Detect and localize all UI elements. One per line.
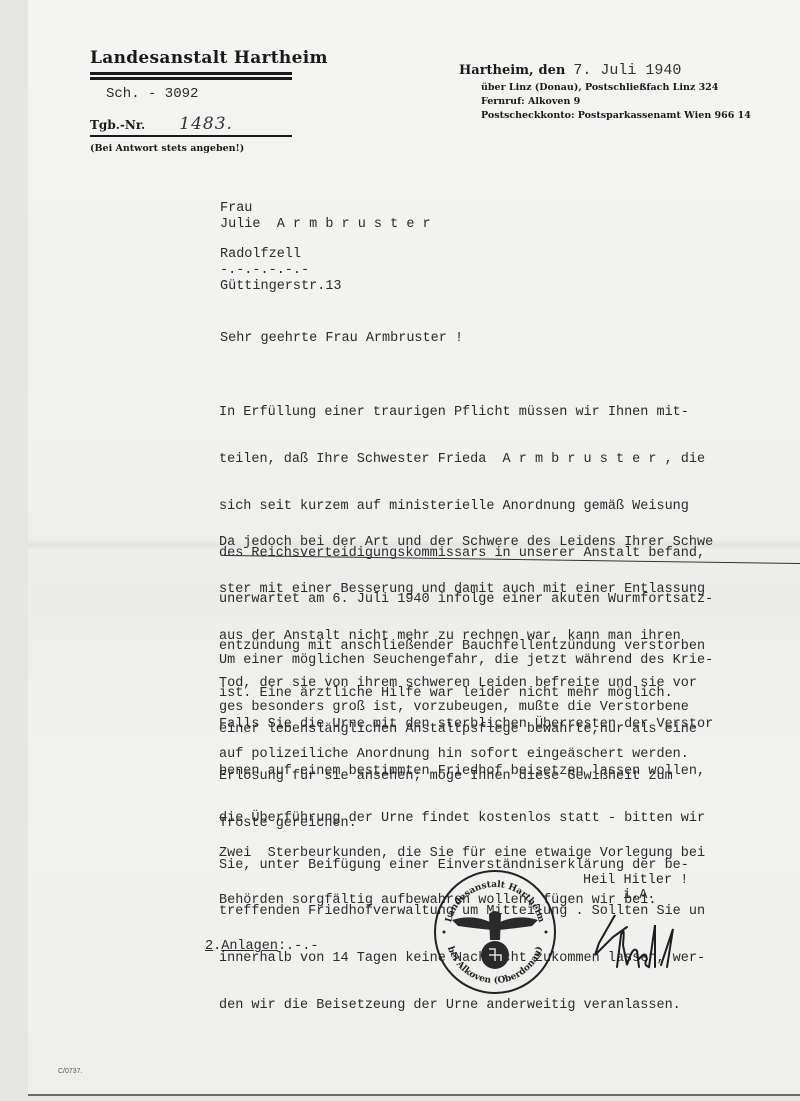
- recipient-city: Radolfzell: [220, 247, 431, 263]
- line: Da jedoch bei der Art und der Schwere de…: [219, 535, 800, 551]
- journal-hint: (Bei Antwort stets angeben!): [90, 143, 292, 154]
- letter-date: 7. Juli 1940: [573, 62, 681, 79]
- institution-name: Landesanstalt Hartheim: [90, 48, 292, 68]
- recipient-separator: -.-.-.-.-.-: [220, 263, 431, 279]
- recipient-street: Güttingerstr.13: [220, 279, 431, 295]
- line: benen auf einem bestimmten Friedhof beis…: [219, 764, 800, 780]
- line: Um einer möglichen Seuchengefahr, die je…: [219, 653, 800, 669]
- place: Hartheim,: [459, 63, 534, 78]
- letterhead-right: Hartheim, den 7. Juli 1940 über Linz (Do…: [459, 62, 751, 121]
- line: Falls Sie die Urne mit den sterblichen Ü…: [219, 717, 800, 733]
- journal-number: 1483.: [179, 114, 233, 134]
- recipient-title: Frau: [220, 201, 431, 217]
- footer-code: C/0737.: [58, 1068, 83, 1075]
- line: Zwei Sterbeurkunden, die Sie für eine et…: [219, 846, 800, 862]
- line: teilen, daß Ihre Schwester Frieda A r m …: [219, 452, 800, 468]
- enclosure-trail: .-.-: [286, 939, 318, 954]
- eagle-emblem-icon: [452, 911, 538, 969]
- strikethrough-mark: [224, 555, 800, 564]
- journal-row: Tgb.-Nr. 1483.: [90, 114, 292, 137]
- enclosure-count: 2: [205, 939, 213, 954]
- date-prefix: den: [539, 63, 566, 78]
- place-date: Hartheim, den 7. Juli 1940: [459, 62, 751, 79]
- letterhead-left: Landesanstalt Hartheim Sch. - 3092 Tgb.-…: [90, 48, 292, 154]
- line: den wir die Beisetzeung der Urne anderwe…: [219, 998, 800, 1014]
- phone: Fernruf: Alkoven 9: [481, 96, 751, 107]
- closing-greeting: Heil Hitler !: [583, 873, 688, 888]
- on-behalf-marker: i.A.: [623, 888, 688, 903]
- postal-account: Postscheckkonto: Postsparkassenamt Wien …: [481, 110, 751, 121]
- enclosure-label: Anlagen: [221, 939, 278, 954]
- official-stamp: Landesanstalt Hartheim bei Alkoven (Ober…: [432, 868, 558, 996]
- salutation: Sehr geehrte Frau Armbruster !: [220, 331, 463, 346]
- recipient-block: Frau Julie A r m b r u s t e r Radolfzel…: [220, 201, 431, 295]
- line: ster mit einer Besserung und damit auch …: [219, 582, 800, 598]
- handwritten-signature: [593, 915, 693, 985]
- enclosures: 2.Anlagen:.-.-: [205, 939, 318, 954]
- closing-block: Heil Hitler ! i.A.: [583, 873, 688, 903]
- header-rule: [90, 72, 292, 80]
- journal-label: Tgb.-Nr.: [90, 118, 145, 132]
- reference-number: Sch. - 3092: [106, 86, 292, 102]
- recipient-name: Julie A r m b r u s t e r: [220, 217, 431, 233]
- postal-address: über Linz (Donau), Postschließfach Linz …: [481, 82, 751, 93]
- line: In Erfüllung einer traurigen Pflicht müs…: [219, 405, 800, 421]
